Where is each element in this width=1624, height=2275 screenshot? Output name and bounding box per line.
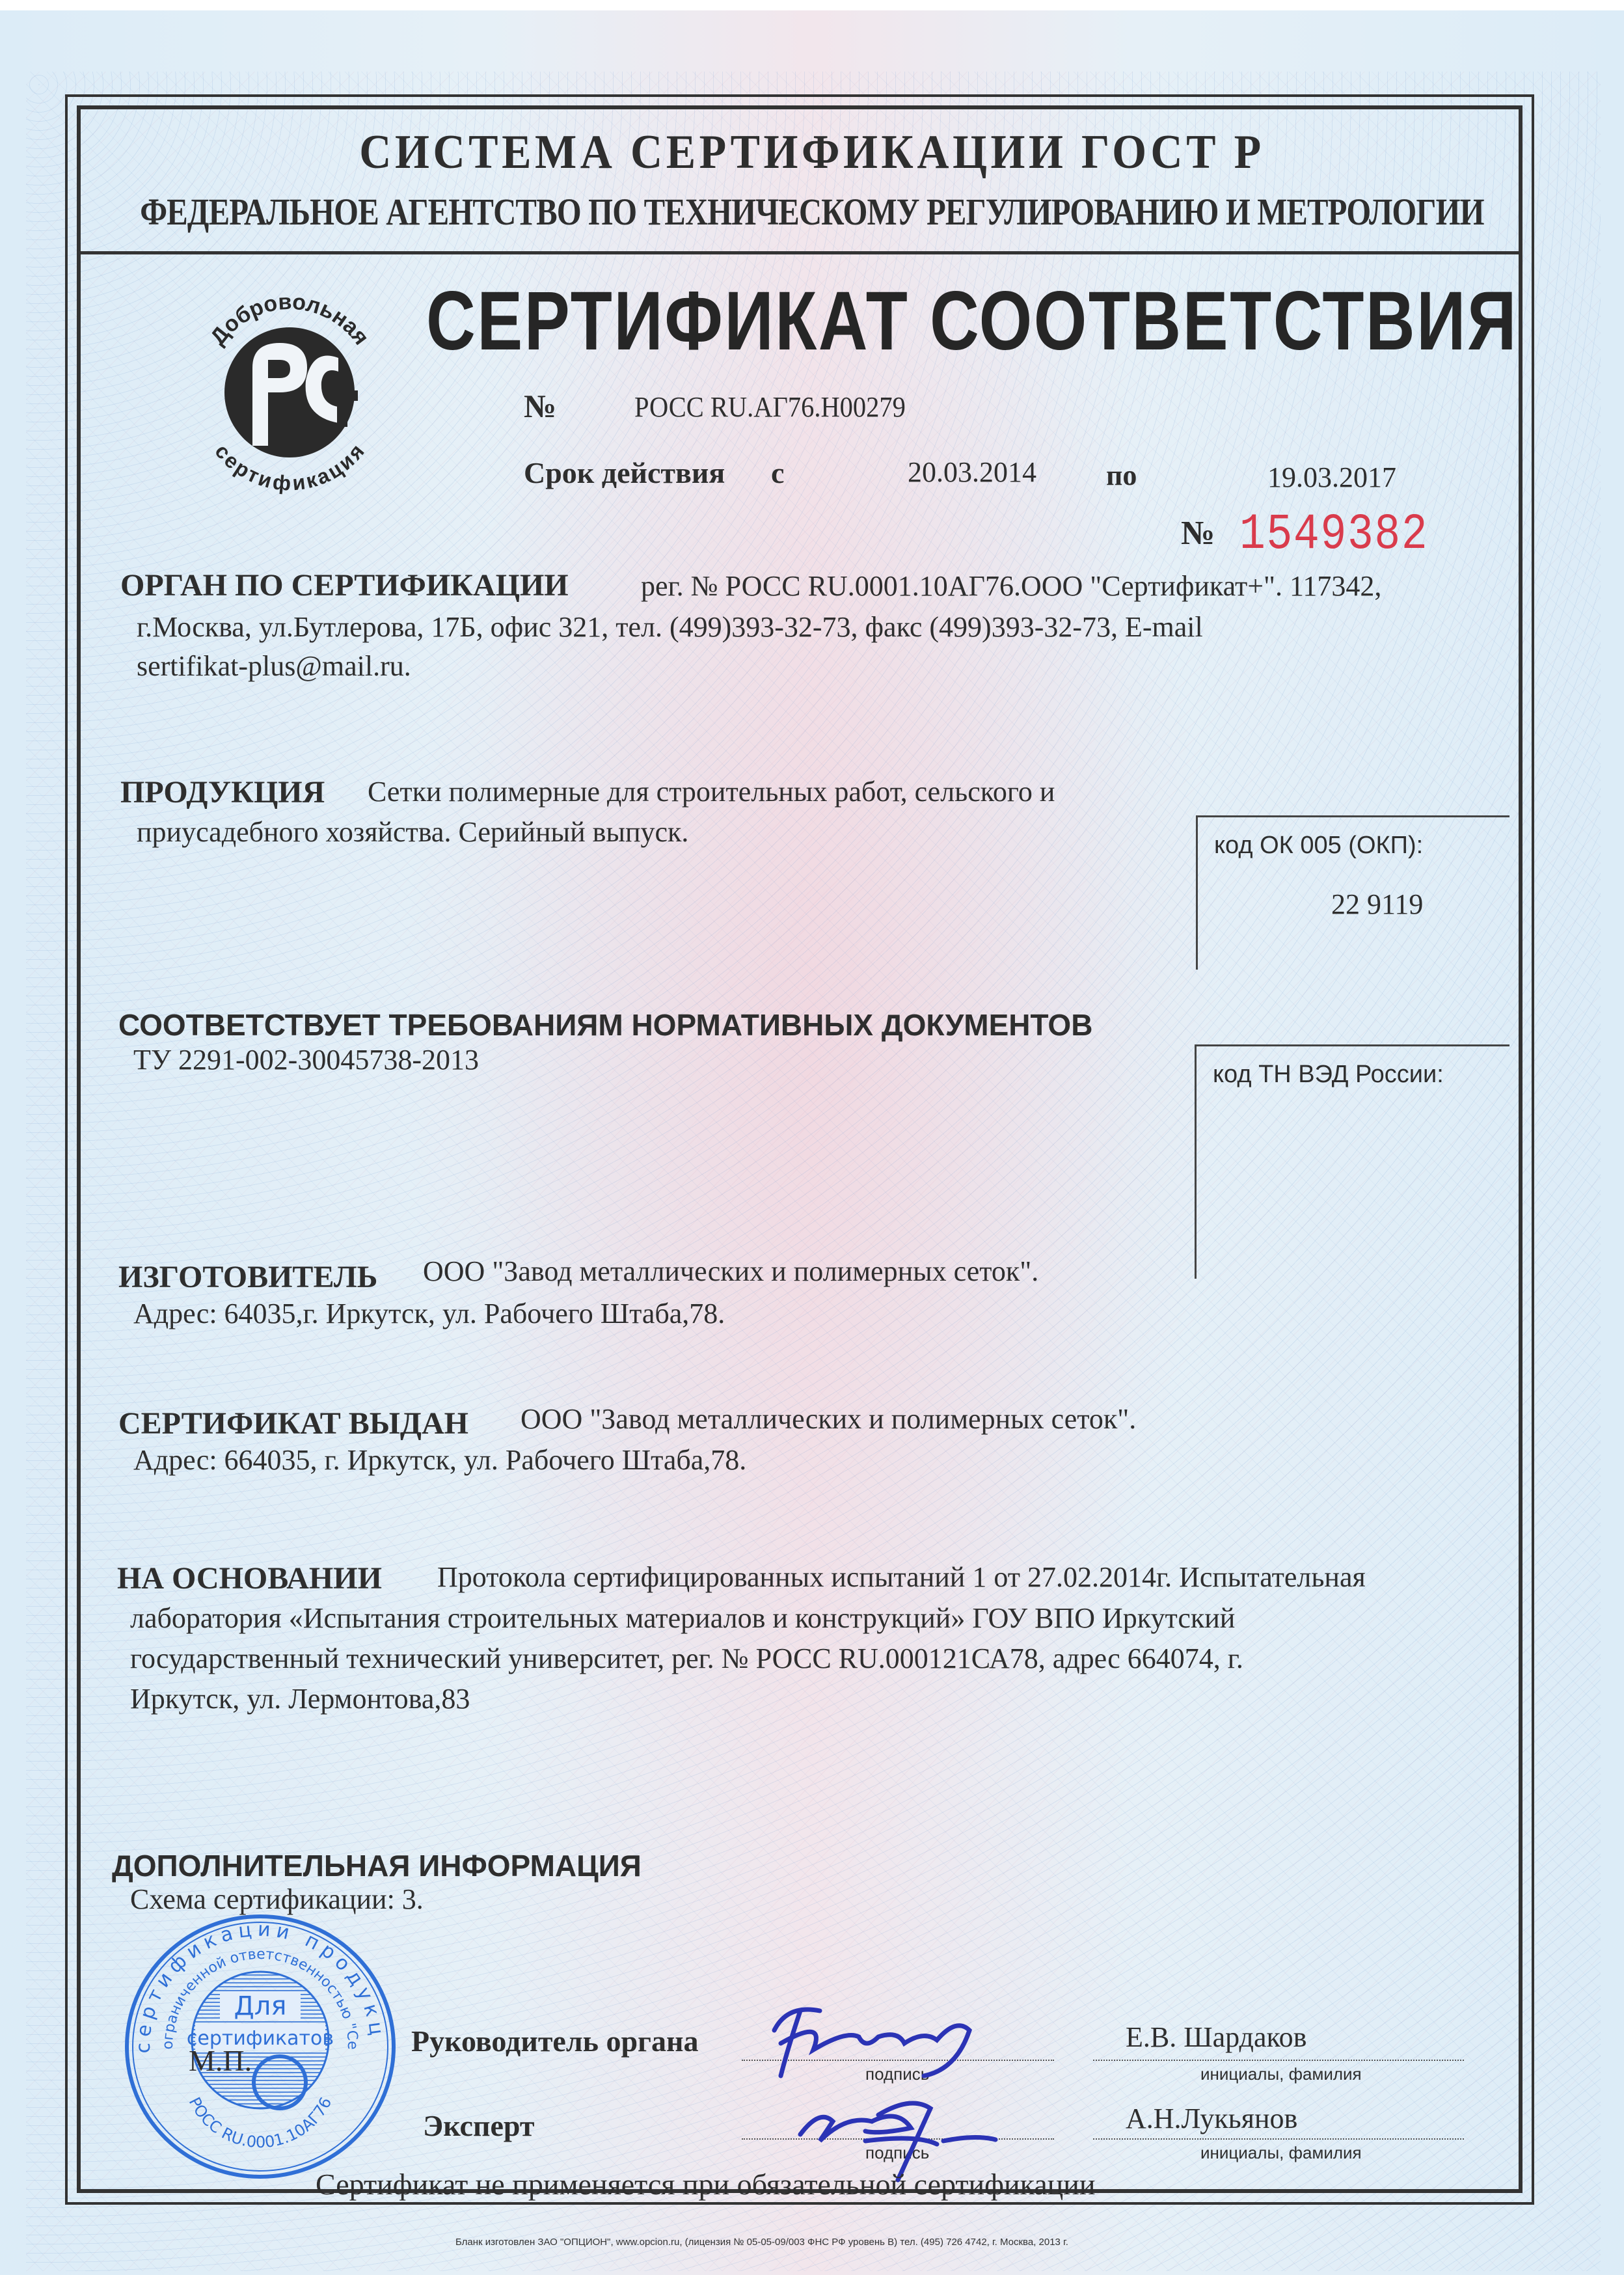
manufacturer-name: ООО "Завод металлических и полимерных се… [423,1253,1038,1290]
system-title: СИСТЕМА СЕРТИФИКАЦИИ ГОСТ Р [65,125,1559,180]
issued-to-label: СЕРТИФИКАТ ВЫДАН [118,1406,468,1441]
organ-line-2: г.Москва, ул.Бутлерова, 17Б, офис 321, т… [137,608,1203,646]
scan-top-margin [0,0,1624,10]
normative-document: ТУ 2291-002-30045738-2013 [133,1041,479,1079]
certificate-number: РОСС RU.АГ76.Н00279 [634,390,906,424]
certificate-number-label: № [524,387,556,425]
expert-name: А.Н.Лукьянов [1126,2102,1297,2135]
valid-from-label: с [771,456,784,490]
blank-printer-info: Бланк изготовлен ЗАО "ОПЦИОН", www.opcio… [455,2237,1068,2248]
document-title: СЕРТИФИКАТ СООТВЕТСТВИЯ [426,273,1518,369]
seal-place-label: М.П. [189,2043,252,2078]
expert-role-label: Эксперт [423,2108,534,2143]
manufacturer-address: Адрес: 64035,г. Иркутск, ул. Рабочего Шт… [133,1295,725,1333]
validity-label: Срок действия [524,456,725,490]
head-name-caption: инициалы, фамилия [1200,2064,1362,2084]
additional-info-label: ДОПОЛНИТЕЛЬНАЯ ИНФОРМАЦИЯ [112,1848,642,1883]
head-name: Е.В. Шардаков [1126,2021,1306,2054]
valid-to-label: по [1106,459,1137,492]
head-name-line [1093,2060,1464,2061]
organ-line-1: рег. № РОСС RU.0001.10АГ76.ООО "Сертифик… [641,567,1381,605]
basis-line-3: государственный технический университет,… [130,1640,1243,1678]
organ-label: ОРГАН ПО СЕРТИФИКАЦИИ [120,567,569,603]
okp-code-value: 22 9119 [1331,888,1423,921]
issued-to-address: Адрес: 664035, г. Иркутск, ул. Рабочего … [133,1441,746,1479]
product-line-1: Сетки полимерные для строительных работ,… [368,773,1055,811]
conformity-label: СООТВЕТСТВУЕТ ТРЕБОВАНИЯМ НОРМАТИВНЫХ ДО… [118,1007,1092,1042]
valid-from-date: 20.03.2014 [908,456,1036,489]
seal-stamp-icon: Орган по сертификации продукции и услуг … [111,1907,410,2186]
header-divider [77,251,1522,254]
expert-name-line [1093,2138,1464,2140]
expert-name-caption: инициалы, фамилия [1200,2143,1362,2163]
blank-number-label: № [1181,514,1215,552]
product-line-2: приусадебного хозяйства. Серийный выпуск… [137,813,688,851]
issued-to-name: ООО "Завод металлических и полимерных се… [521,1400,1136,1438]
agency-name: ФЕДЕРАЛЬНОЕ АГЕНТСТВО ПО ТЕХНИЧЕСКОМУ РЕ… [130,190,1495,234]
svg-text:Для: Для [234,1991,287,2021]
valid-to-date: 19.03.2017 [1267,461,1396,494]
okp-code-box: код ОК 005 (ОКП): 22 9119 [1196,815,1509,970]
okp-code-label: код ОК 005 (ОКП): [1214,832,1423,860]
basis-line-4: Иркутск, ул. Лермонтова,83 [130,1680,470,1718]
basis-line-2: лаборатория «Испытания строительных мате… [130,1600,1235,1637]
basis-line-1: Протокола сертифицированных испытаний 1 … [437,1559,1366,1596]
basis-label: НА ОСНОВАНИИ [117,1560,382,1596]
head-role-label: Руководитель органа [411,2024,698,2058]
blank-serial-number: 1549382 [1239,506,1428,564]
tnved-code-box: код ТН ВЭД России: [1195,1044,1509,1279]
tnved-code-label: код ТН ВЭД России: [1213,1061,1444,1089]
manufacturer-label: ИЗГОТОВИТЕЛЬ [118,1259,377,1295]
product-label: ПРОДУКЦИЯ [120,774,325,810]
organ-email: sertifikat-plus@mail.ru. [137,647,411,685]
rst-logo-icon: Добровольная сертификация [182,283,397,498]
disclaimer-text: Сертификат не применяется при обязательн… [316,2167,1096,2201]
